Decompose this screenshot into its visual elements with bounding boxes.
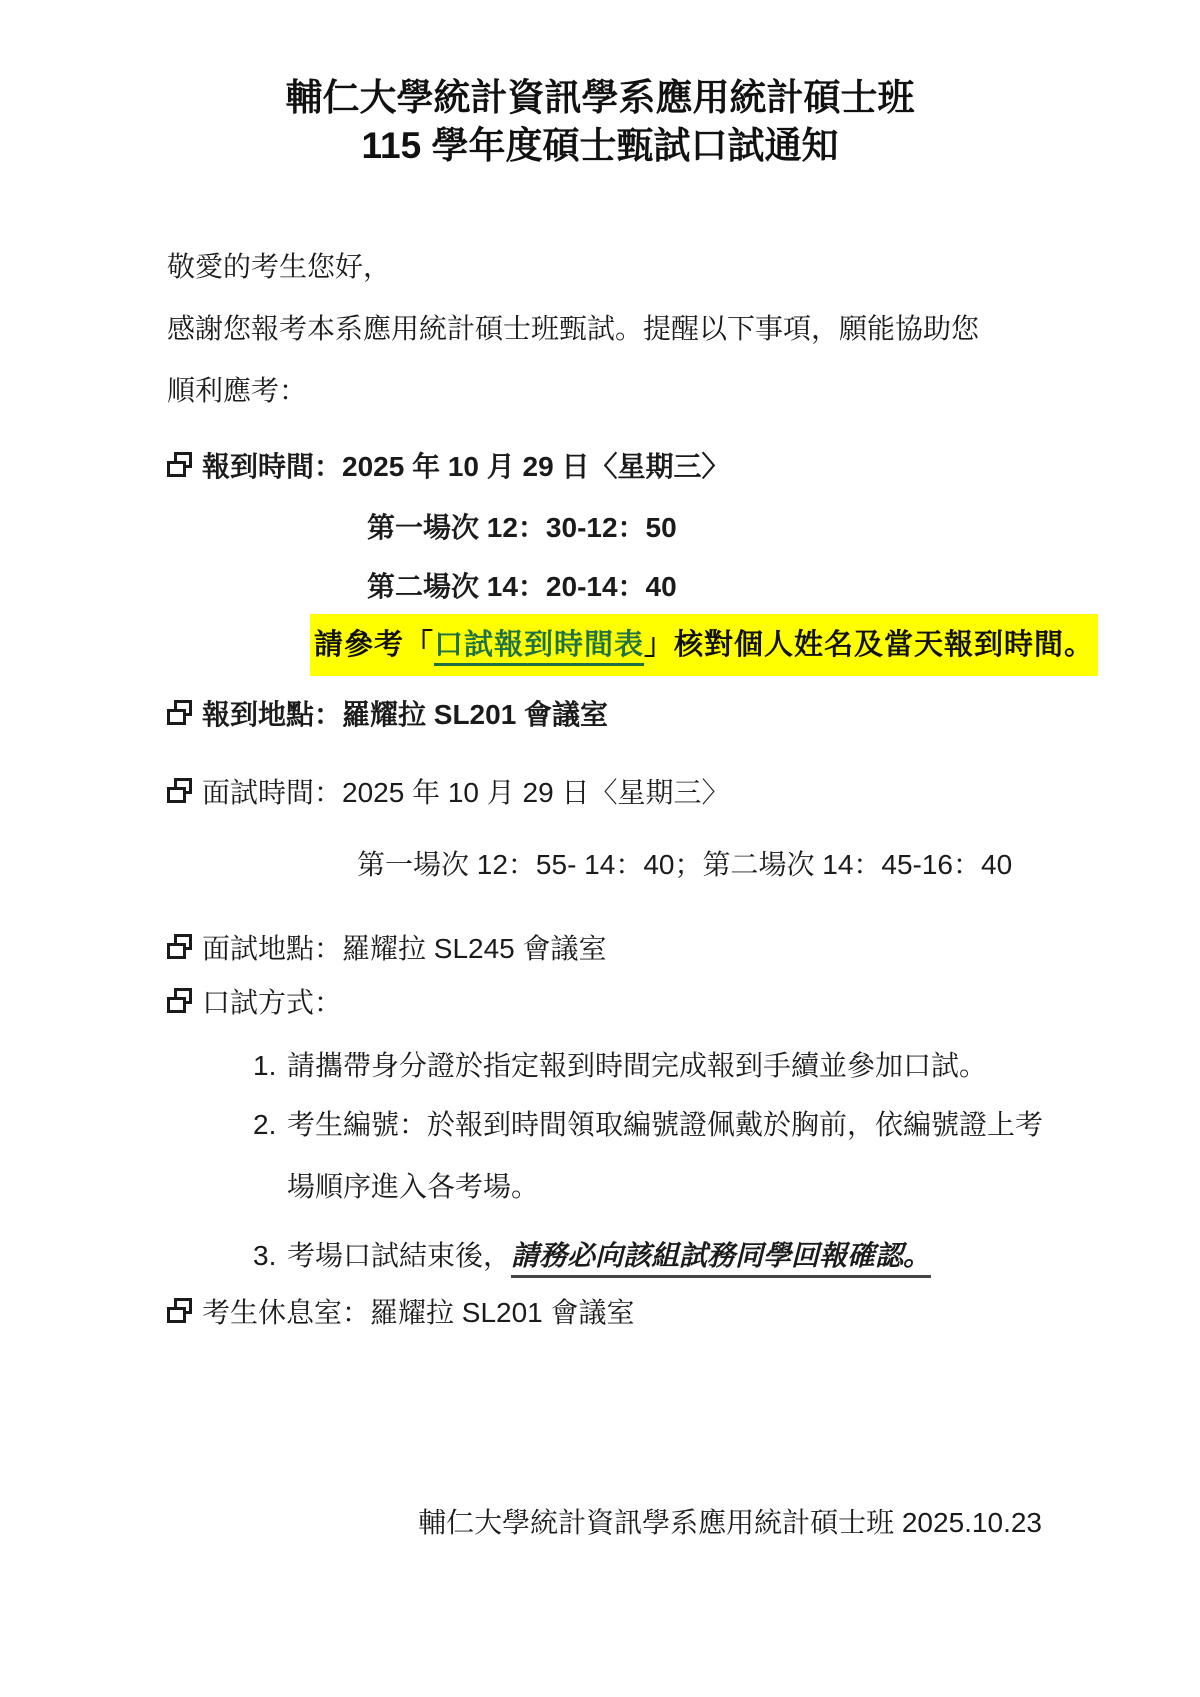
list-item-1: 1. 請攜帶身分證於指定報到時間完成報到手續並參加口試。 — [253, 1035, 1200, 1097]
list-item-2: 2. 考生編號：於報到時間領取編號證佩戴於胸前，依編號證上考場順序進入各考場。 — [253, 1094, 1200, 1218]
greeting-text: 敬愛的考生您好， — [167, 236, 1047, 298]
intro-line-2: 順利應考： — [167, 360, 1047, 422]
intro-line-1: 感謝您報考本系應用統計碩士班甄試。提醒以下事項，願能協助您 — [167, 298, 1047, 360]
footer-signature: 輔仁大學統計資訊學系應用統計碩士班 2025.10.23 — [167, 1492, 1060, 1554]
list-number-2: 2. — [253, 1094, 287, 1156]
list-number-1: 1. — [253, 1035, 287, 1097]
list-item-2-line2: 場順序進入各考場。 — [287, 1171, 539, 1202]
highlight-suffix-text: 」核對個人姓名及當天報到時間。 — [644, 629, 1094, 661]
interview-place-item: 面試地點：羅耀拉 SL245 會議室 — [167, 918, 1200, 980]
oral-method-label: 口試方式： — [202, 972, 342, 1034]
document-title-line1: 輔仁大學統計資訊學系應用統計碩士班 — [0, 0, 1200, 122]
overlapping-windows-bullet-icon — [167, 778, 193, 804]
list-item-2-text: 考生編號：於報到時間領取編號證佩戴於胸前，依編號證上考場順序進入各考場。 — [287, 1094, 1043, 1218]
list-number-3: 3. — [253, 1225, 287, 1287]
checkin-session-2: 第二場次 14：20-14：40 — [367, 556, 1200, 618]
interview-place-text: 面試地點：羅耀拉 SL245 會議室 — [202, 918, 607, 980]
list-item-2-line1: 考生編號：於報到時間領取編號證佩戴於胸前，依編號證上考 — [287, 1109, 1043, 1140]
oral-method-item: 口試方式： — [167, 972, 1200, 1034]
list-item-3-text: 考場口試結束後，請務必向該組試務同學回報確認。 — [287, 1225, 931, 1287]
checkin-session-1: 第一場次 12：30-12：50 — [367, 497, 1200, 559]
list-item-3: 3. 考場口試結束後，請務必向該組試務同學回報確認。 — [253, 1225, 1200, 1287]
checkin-place-item: 報到地點：羅耀拉 SL201 會議室 — [167, 684, 1200, 746]
checkin-place-text: 報到地點：羅耀拉 SL201 會議室 — [202, 684, 608, 746]
highlight-note-line: 請參考「口試報到時間表」核對個人姓名及當天報到時間。 — [310, 614, 1200, 676]
overlapping-windows-bullet-icon — [167, 1298, 193, 1324]
overlapping-windows-bullet-icon — [167, 700, 193, 726]
overlapping-windows-bullet-icon — [167, 934, 193, 960]
interview-time-item: 面試時間：2025 年 10 月 29 日〈星期三〉 — [167, 762, 1200, 824]
list-item-3-emphasis: 請務必向該組試務同學回報確認。 — [511, 1240, 931, 1278]
rest-room-item: 考生休息室：羅耀拉 SL201 會議室 — [167, 1282, 1200, 1344]
highlight-prefix-text: 請參考「 — [314, 629, 434, 661]
overlapping-windows-bullet-icon — [167, 988, 193, 1014]
highlight-box: 請參考「口試報到時間表」核對個人姓名及當天報到時間。 — [310, 614, 1098, 676]
interview-time-text: 面試時間：2025 年 10 月 29 日〈星期三〉 — [202, 762, 729, 824]
overlapping-windows-bullet-icon — [167, 452, 193, 478]
interview-sessions-text: 第一場次 12：55- 14：40；第二場次 14：45-16：40 — [357, 834, 1200, 896]
list-item-1-text: 請攜帶身分證於指定報到時間完成報到手續並參加口試。 — [287, 1035, 987, 1097]
checkin-schedule-link[interactable]: 口試報到時間表 — [434, 629, 644, 666]
document-title-line2: 115 學年度碩士甄試口試通知 — [0, 122, 1200, 170]
list-item-3-prefix: 考場口試結束後， — [287, 1240, 511, 1271]
checkin-time-text: 報到時間：2025 年 10 月 29 日〈星期三〉 — [202, 436, 729, 498]
checkin-time-item: 報到時間：2025 年 10 月 29 日〈星期三〉 — [167, 436, 1200, 498]
rest-room-text: 考生休息室：羅耀拉 SL201 會議室 — [202, 1282, 635, 1344]
document-page: 輔仁大學統計資訊學系應用統計碩士班 115 學年度碩士甄試口試通知 敬愛的考生您… — [0, 0, 1200, 1697]
